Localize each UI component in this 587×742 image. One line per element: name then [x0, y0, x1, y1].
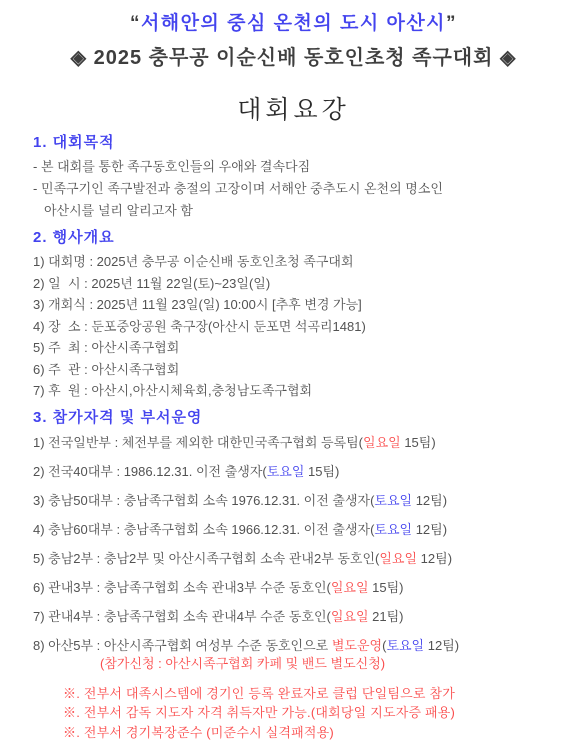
purpose-line: - 민족구기인 족구발전과 충절의 고장이며 서해안 중추도시 온천의 명소인: [33, 178, 573, 200]
entry-item-chungnam-50s: 3) 충남50대부 : 충남족구협회 소속 1976.12.31. 이전 출생자…: [33, 494, 573, 508]
overview-line-name: 1) 대회명 : 2025년 충무공 이순신배 동호인초청 족구대회: [33, 251, 573, 273]
entry-item-national-40s: 2) 전국40대부 : 1986.12.31. 이전 출생자(토요일 15팀): [33, 465, 573, 479]
slogan-text: 서해안의 중심 온천의 도시 아산시: [141, 13, 446, 34]
footnotes: ※. 전부서 대족시스템에 경기인 등록 완료자로 클럽 단일팀으로 참가 ※.…: [33, 684, 573, 742]
slogan-open-quote: “: [130, 13, 141, 34]
entry-item-asan-div5: 8) 아산5부 : 아산시족구협회 여성부 수준 동호인으로 별도운영(토요일 …: [33, 639, 573, 653]
section-purpose-heading: 1. 대회목적: [33, 135, 573, 150]
doc-title: 대회요강: [0, 96, 587, 125]
event-title: ◈ 2025 충무공 이순신배 동호인초청 족구대회 ◈: [0, 47, 587, 70]
footnote-coach-license: ※. 전부서 감독 지도자 자격 취득자만 가능.(대회당일 지도자증 패용): [63, 703, 573, 723]
overview-line-date: 2) 일 시 : 2025년 11월 22일(토)~23일(일): [33, 273, 573, 295]
section-overview-heading: 2. 행사개요: [33, 230, 573, 245]
notice-body: 1. 대회목적 - 본 대회를 통한 족구동호인들의 우애와 결속다짐 - 민족…: [0, 135, 587, 742]
purpose-line: - 본 대회를 통한 족구동호인들의 우애와 결속다짐: [33, 156, 573, 178]
footnote-uniform: ※. 전부서 경기복장준수 (미준수시 실격패적용): [63, 723, 573, 742]
purpose-line-continuation: 아산시를 널리 알리고자 함: [33, 200, 573, 222]
footnote-registration: ※. 전부서 대족시스템에 경기인 등록 완료자로 클럽 단일팀으로 참가: [63, 684, 573, 704]
entry-item-chungnam-60s: 4) 충남60대부 : 충남족구협회 소속 1966.12.31. 이전 출생자…: [33, 523, 573, 537]
tournament-notice-page: “서해안의 중심 온천의 도시 아산시” ◈ 2025 충무공 이순신배 동호인…: [0, 0, 587, 742]
entry-item-asan-div5-note: (참가신청 : 아산시족구협회 카페 및 밴드 별도신청): [100, 657, 573, 671]
slogan-close-quote: ”: [446, 13, 457, 34]
entry-item-local-div3: 6) 관내3부 : 충남족구협회 소속 관내3부 수준 동호인(일요일 15팀): [33, 581, 573, 595]
entry-item-chungnam-div2: 5) 충남2부 : 충남2부 및 아산시족구협회 소속 관내2부 동호인(일요일…: [33, 552, 573, 566]
city-slogan: “서해안의 중심 온천의 도시 아산시”: [0, 0, 587, 35]
overview-line-venue: 4) 장 소 : 둔포중앙공원 축구장(아산시 둔포면 석곡리1481): [33, 316, 573, 338]
overview-line-organizer: 6) 주 관 : 아산시족구협회: [33, 359, 573, 381]
overview-line-host: 5) 주 최 : 아산시족구협회: [33, 337, 573, 359]
entry-item-national-general: 1) 전국일반부 : 체전부를 제외한 대한민국족구협회 등록팀(일요일 15팀…: [33, 436, 573, 450]
entry-item-local-div4: 7) 관내4부 : 충남족구협회 소속 관내4부 수준 동호인(일요일 21팀): [33, 610, 573, 624]
overview-line-opening: 3) 개회식 : 2025년 11월 23일(일) 10:00시 [추후 변경 …: [33, 294, 573, 316]
section-entry-heading: 3. 참가자격 및 부서운영: [33, 410, 573, 425]
overview-line-sponsor: 7) 후 원 : 아산시,아산시체육회,충청남도족구협회: [33, 380, 573, 402]
